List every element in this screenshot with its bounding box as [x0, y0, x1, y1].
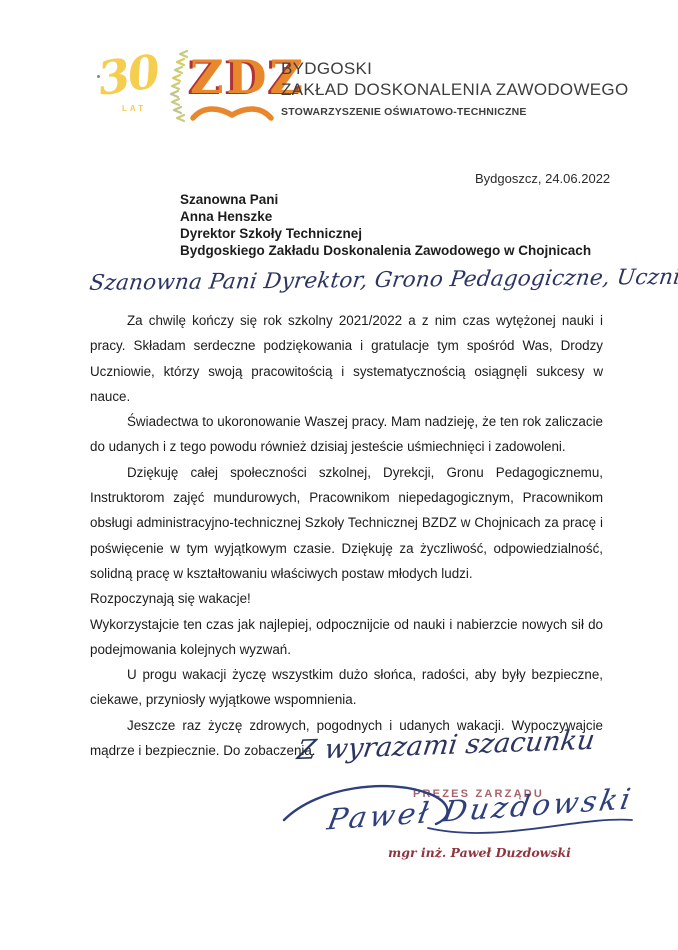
org-line-3: STOWARZYSZENIE OŚWIATOWO-TECHNICZNE — [281, 106, 628, 118]
paragraph-3: Dziękuję całej społeczności szkolnej, Dy… — [90, 460, 603, 586]
recipient-block: Szanowna Pani Anna Henszke Dyrektor Szko… — [180, 191, 591, 259]
organization-name-block: BYDGOSKI ZAKŁAD DOSKONALENIA ZAWODOWEGO … — [281, 58, 628, 118]
paragraph-6: U progu wakacji życzę wszystkim dużo sło… — [90, 662, 603, 713]
open-book-icon — [190, 101, 274, 125]
dateline: Bydgoszcz, 24.06.2022 — [475, 171, 610, 186]
handwritten-salutation: Szanowna Pani Dyrektor, Grono Pedagogicz… — [88, 265, 652, 296]
org-line-1: BYDGOSKI — [281, 58, 628, 79]
paragraph-2: Świadectwa to ukoronowanie Waszej pracy.… — [90, 409, 603, 460]
recipient-line-2: Anna Henszke — [180, 208, 591, 225]
letter-page: 30 LAT ZDZ BYDGOSKI ZAKŁAD DOSKONALENIA … — [0, 0, 678, 950]
letter-body: Za chwilę kończy się rok szkolny 2021/20… — [90, 308, 603, 763]
org-line-2: ZAKŁAD DOSKONALENIA ZAWODOWEGO — [281, 79, 628, 100]
signature-typed-name: mgr inż. Paweł Duzdowski — [388, 845, 571, 860]
paragraph-1: Za chwilę kończy się rok szkolny 2021/20… — [90, 308, 603, 409]
recipient-line-4: Bydgoskiego Zakładu Doskonalenia Zawodow… — [180, 242, 591, 259]
paragraph-4: Rozpoczynają się wakacje! — [90, 586, 603, 611]
anniversary-30-logo: 30 — [95, 44, 162, 106]
recipient-line-1: Szanowna Pani — [180, 191, 591, 208]
anniversary-lat-label: LAT — [122, 104, 146, 113]
recipient-line-3: Dyrektor Szkoły Technicznej — [180, 225, 591, 242]
laurel-branch-icon — [158, 50, 188, 126]
paragraph-5: Wykorzystajcie ten czas jak najlepiej, o… — [90, 612, 603, 663]
